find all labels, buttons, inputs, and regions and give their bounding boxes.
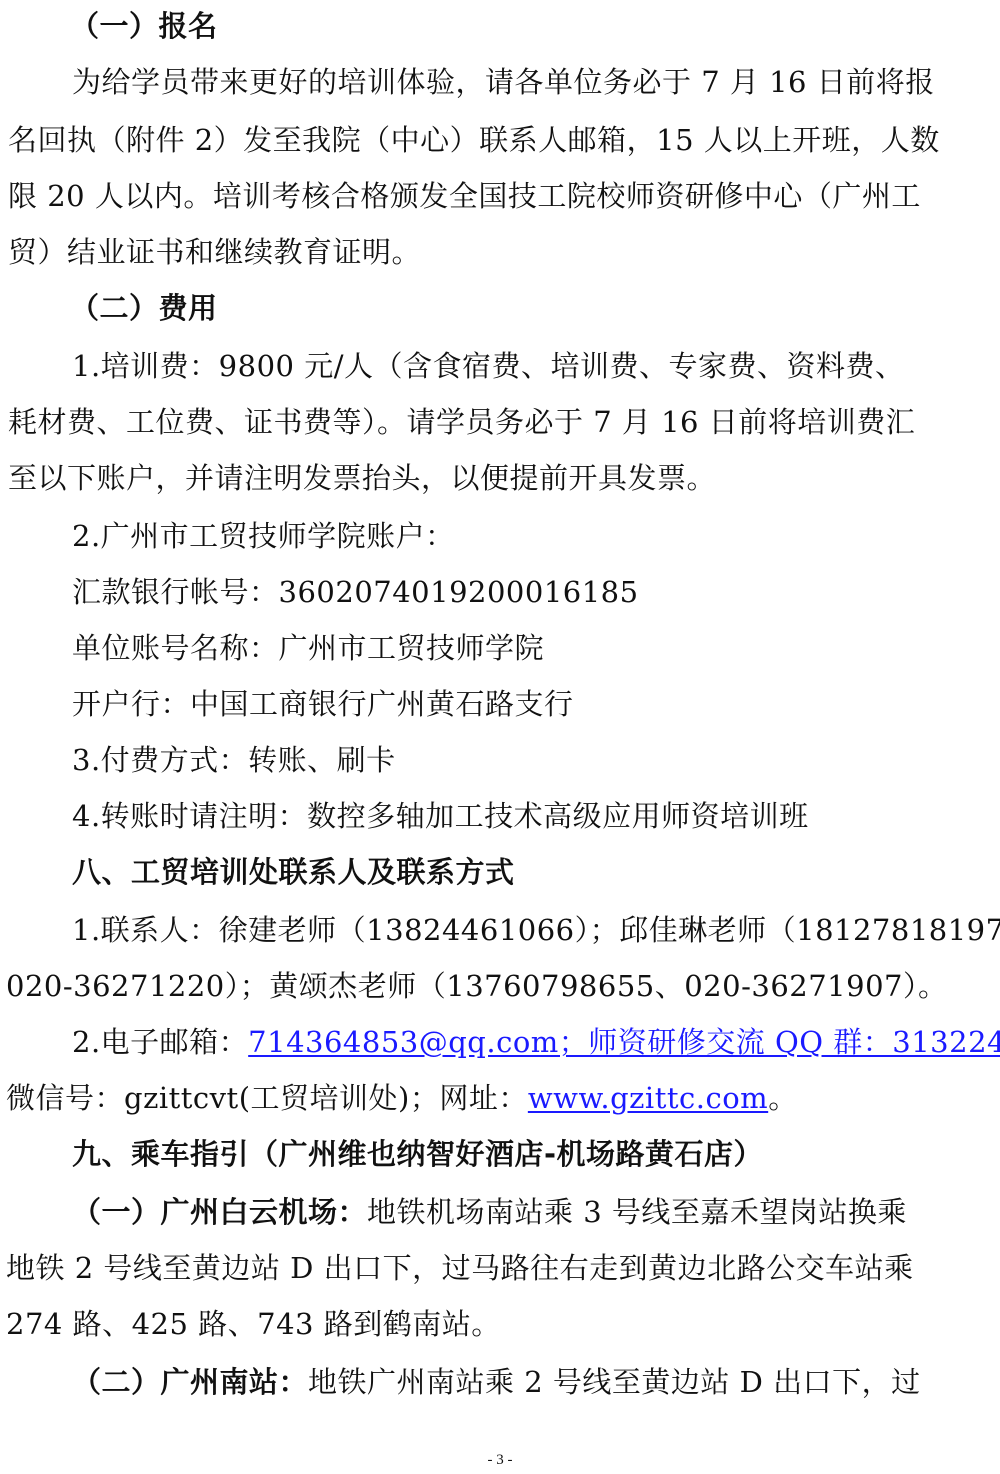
- payment-method: 3.付费方式：转账、刷卡: [72, 742, 1000, 778]
- transfer-note: 4.转账时请注明：数控多轴加工技术高级应用师资培训班: [72, 798, 1000, 834]
- account-name-row: 单位账号名称：广州市工贸技师学院: [72, 630, 1000, 666]
- airport-directions-line: 274 路、425 路、743 路到鹤南站。: [6, 1306, 1000, 1342]
- airport-directions-line: （一）广州白云机场：地铁机场南站乘 3 号线至嘉禾望岗站换乘: [72, 1194, 1000, 1230]
- registration-paragraph-line: 为给学员带来更好的培训体验，请各单位务必于 7 月 16 日前将报: [72, 64, 1000, 100]
- wechat-text: 微信号：gzittcvt(工贸培训处)；网址：: [6, 1081, 528, 1115]
- bank-value: 中国工商银行广州黄石路支行: [190, 687, 574, 721]
- bank-label: 开户行：: [72, 687, 190, 721]
- fees-heading: （二）费用: [70, 290, 1000, 326]
- directions-heading: 九、乘车指引（广州维也纳智好酒店-机场路黄石店）: [72, 1136, 1000, 1172]
- account-name-value: 广州市工贸技师学院: [279, 631, 545, 665]
- contacts-heading: 八、工贸培训处联系人及联系方式: [72, 854, 1000, 890]
- registration-heading: （一）报名: [70, 8, 1000, 44]
- registration-paragraph-line: 名回执（附件 2）发至我院（中心）联系人邮箱，15 人以上开班，人数: [8, 122, 1000, 158]
- website-link[interactable]: www.gzittc.com: [528, 1081, 768, 1115]
- email-row: 2.电子邮箱：714364853@qq.com；师资研修交流 QQ 群：3132…: [72, 1024, 1000, 1060]
- wechat-row: 微信号：gzittcvt(工贸培训处)；网址：www.gzittc.com。: [6, 1080, 1000, 1116]
- account-title: 2.广州市工贸技师学院账户：: [72, 518, 1000, 554]
- contact-line: 020-36271220）；黄颂杰老师（13760798655、020-3627…: [6, 968, 1000, 1004]
- account-number-label: 汇款银行帐号：: [72, 575, 279, 609]
- contact-line: 1.联系人：徐建老师（13824461066）；邱佳琳老师（1812781819…: [72, 912, 1000, 948]
- account-name-label: 单位账号名称：: [72, 631, 279, 665]
- registration-paragraph-line: 限 20 人以内。培训考核合格颁发全国技工院校师资研修中心（广州工: [8, 178, 1000, 214]
- fee-paragraph-line: 耗材费、工位费、证书费等）。请学员务必于 7 月 16 日前将培训费汇: [8, 404, 1000, 440]
- bank-row: 开户行：中国工商银行广州黄石路支行: [72, 686, 1000, 722]
- email-label: 2.电子邮箱：: [72, 1025, 248, 1059]
- fee-paragraph-line: 至以下账户，并请注明发票抬头，以便提前开具发票。: [8, 460, 1000, 496]
- airport-directions-line: 地铁 2 号线至黄边站 D 出口下，过马路往右走到黄边北路公交车站乘: [6, 1250, 1000, 1286]
- email-link[interactable]: 714364853@qq.com；师资研修交流 QQ 群：313224292: [248, 1025, 1000, 1059]
- south-station-label: （二）广州南站：: [72, 1365, 308, 1399]
- page-number: - 3 -: [0, 1452, 1000, 1469]
- airport-text: 地铁机场南站乘 3 号线至嘉禾望岗站换乘: [367, 1195, 907, 1229]
- fee-paragraph-line: 1.培训费：9800 元/人（含食宿费、培训费、专家费、资料费、: [72, 348, 1000, 384]
- airport-label: （一）广州白云机场：: [72, 1195, 367, 1229]
- south-station-text: 地铁广州南站乘 2 号线至黄边站 D 出口下，过: [308, 1365, 921, 1399]
- south-station-directions-line: （二）广州南站：地铁广州南站乘 2 号线至黄边站 D 出口下，过: [72, 1364, 1000, 1400]
- account-number-value: 3602074019200016185: [279, 575, 639, 609]
- account-number-row: 汇款银行帐号：3602074019200016185: [72, 574, 1000, 610]
- registration-paragraph-line: 贸）结业证书和继续教育证明。: [8, 234, 1000, 270]
- website-suffix: 。: [768, 1081, 798, 1115]
